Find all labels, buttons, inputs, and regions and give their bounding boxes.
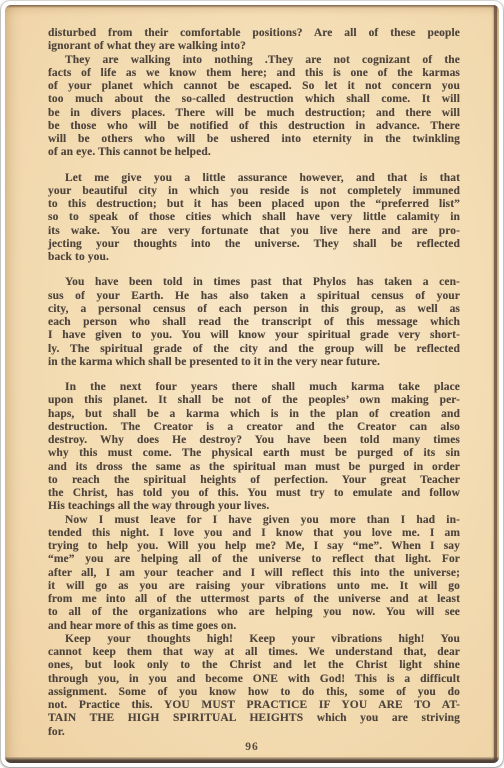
text-line: His teachings all the way through your l… bbox=[48, 500, 460, 513]
text-line: Now I must leave for I have given you mo… bbox=[48, 514, 460, 527]
text-line: ly. The spiritual grade of the city and … bbox=[48, 343, 460, 356]
text-line: tended this night. I love you and I know… bbox=[48, 527, 460, 540]
text-line: of an eye. This cannot be helped. bbox=[48, 146, 460, 159]
text-line: be in divers places. There will be much … bbox=[48, 107, 460, 120]
text-line: why this must come. The physical earth m… bbox=[48, 447, 460, 460]
paragraph: You have been told in times past that Ph… bbox=[48, 276, 460, 369]
text-line: to all of the organizations who are help… bbox=[48, 606, 460, 619]
text-line: assignment. Some of you know how to do t… bbox=[48, 686, 460, 699]
text-line: will be others who will be ushered into … bbox=[48, 133, 460, 146]
paragraph: Now I must leave for I have given you mo… bbox=[48, 514, 460, 633]
text-line: its wake. You are very fortunate that yo… bbox=[48, 225, 460, 238]
text-line: your beautiful city in which you reside … bbox=[48, 185, 460, 198]
page-edge-shadow-top bbox=[5, 5, 499, 8]
page-edge-shadow-right bbox=[494, 5, 497, 763]
page-number: 96 bbox=[5, 741, 499, 753]
text-line: upon this planet. It shall be not of the… bbox=[48, 394, 460, 407]
text-line: destroy. Why does He destroy? You have b… bbox=[48, 434, 460, 447]
text-line: and its dross the same as the spiritual … bbox=[48, 461, 460, 474]
text-line: after all, I am your teacher and I will … bbox=[48, 567, 460, 580]
paragraph: In the next four years there shall much … bbox=[48, 381, 460, 514]
text-line: the Christ, has told you of this. You mu… bbox=[48, 487, 460, 500]
text-line: In the next four years there shall much … bbox=[48, 381, 460, 394]
text-line: TAIN THE HIGH SPIRITUAL HEIGHTS which yo… bbox=[48, 712, 460, 725]
scanned-page-image-frame: disturbed from their comfortable positio… bbox=[1, 1, 503, 767]
text-line: Keep your thoughts high! Keep your vibra… bbox=[48, 633, 460, 646]
text-line: sus of your Earth. He has also taken a s… bbox=[48, 290, 460, 303]
text-line: You have been told in times past that Ph… bbox=[48, 276, 460, 289]
text-line: back to you. bbox=[48, 251, 460, 264]
text-line: and hear more of this as time goes on. bbox=[48, 620, 460, 633]
text-line: They are walking into nothing .They are … bbox=[48, 54, 460, 67]
screenshot-canvas: disturbed from their comfortable positio… bbox=[0, 0, 504, 768]
paragraph: Let me give you a little assurance howev… bbox=[48, 172, 460, 265]
text-line: to reach the spiritual heights of perfec… bbox=[48, 474, 460, 487]
text-line: “me” you are helping all of the universe… bbox=[48, 553, 460, 566]
text-line: ignorant of what they are walking into? bbox=[48, 40, 460, 53]
text-line: ones, but look only to the Christ and le… bbox=[48, 659, 460, 672]
text-line: jecting your thoughts into the universe.… bbox=[48, 238, 460, 251]
text-line: it will go as you are raising your vibra… bbox=[48, 580, 460, 593]
book-page: disturbed from their comfortable positio… bbox=[5, 5, 499, 763]
text-line: not. Practice this. YOU MUST PRACTICE IF… bbox=[48, 699, 460, 712]
text-line: in the karma which shall be presented to… bbox=[48, 356, 460, 369]
text-line: from me into all of the uttermost parts … bbox=[48, 593, 460, 606]
text-line: cannot keep them that way at all times. … bbox=[48, 646, 460, 659]
text-line: Let me give you a little assurance howev… bbox=[48, 172, 460, 185]
paragraph: Keep your thoughts high! Keep your vibra… bbox=[48, 633, 460, 739]
text-line: for. bbox=[48, 726, 460, 739]
text-line: too much about the so-called destruction… bbox=[48, 93, 460, 106]
text-line: destruction. The Creator is a creator an… bbox=[48, 421, 460, 434]
paragraph: disturbed from their comfortable positio… bbox=[48, 27, 460, 54]
text-line: disturbed from their comfortable positio… bbox=[48, 27, 460, 40]
text-line: through you, in you and become ONE with … bbox=[48, 673, 460, 686]
text-line: facts of life as we know them here; and … bbox=[48, 67, 460, 80]
paragraph: They are walking into nothing .They are … bbox=[48, 54, 460, 160]
text-line: of your planet which cannot be escaped. … bbox=[48, 80, 460, 93]
text-line: to this destruction; but it has been pla… bbox=[48, 198, 460, 211]
page-edge-shadow-bottom bbox=[5, 757, 499, 763]
text-line: trying to help you. Will you help me? Me… bbox=[48, 540, 460, 553]
text-line: be those who will be notified of this de… bbox=[48, 120, 460, 133]
text-line: haps, but shall be a karma which is in t… bbox=[48, 408, 460, 421]
text-line: city, a personal census of each person i… bbox=[48, 303, 460, 316]
text-line: so to speak of those cities which shall … bbox=[48, 211, 460, 224]
page-text: disturbed from their comfortable positio… bbox=[48, 27, 460, 739]
text-line: I have given to you. You will know your … bbox=[48, 329, 460, 342]
text-line: each person who shall read the transcrip… bbox=[48, 316, 460, 329]
